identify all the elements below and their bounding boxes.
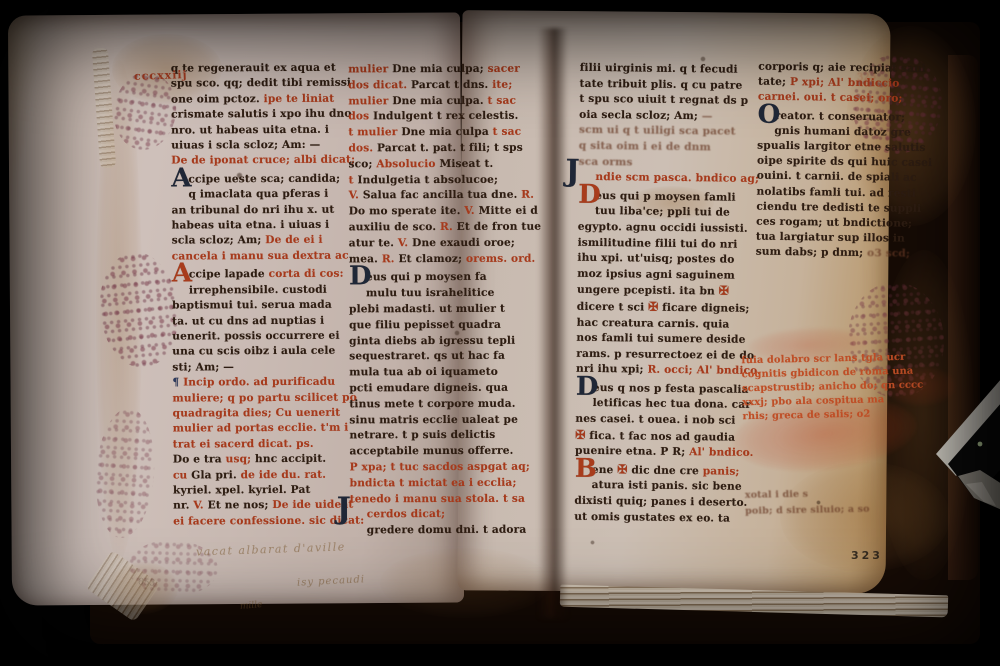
text-segment: trat ei sacerd dicat. ps. xyxy=(173,438,314,451)
text-segment: nos famli tui sumere deside xyxy=(576,332,745,346)
text-segment: ces rogam; ut bndictione; xyxy=(756,216,912,230)
text-segment: uiuas i scla scloz; Am: — xyxy=(171,139,320,152)
text-segment: Indulgent t rex celestis. xyxy=(373,110,518,123)
text-segment: muliere; q po partu scilicet po xyxy=(173,391,357,404)
text-segment: ei facere confessione. sic dicat: xyxy=(173,514,364,527)
illuminated-initial: D xyxy=(349,272,366,282)
text-line: tenedo i manu sua stola. t sa xyxy=(350,491,538,507)
text-segment: atura isti panis. sic bene xyxy=(592,479,742,493)
text-segment: P xpa; t tuc sacdos aspgat aq; xyxy=(350,461,530,474)
text-segment: nro. ut habeas uita etna. i xyxy=(171,123,329,136)
text-segment: R. xyxy=(382,253,399,265)
text-segment: Miseat t. xyxy=(439,158,493,170)
text-segment: o3 scd; xyxy=(867,248,910,261)
text-segment: dos xyxy=(348,111,373,123)
illuminated-initial: J xyxy=(337,505,351,515)
text-segment: irrephensibile. custodi xyxy=(189,283,327,296)
text-segment: Dne mia culpa. xyxy=(392,94,487,106)
text-segment: poib; d sire siluio; a so xyxy=(745,504,870,517)
text-segment: ginta diebs ab igressu tepli xyxy=(349,334,515,347)
text-segment: dixisti quiq; panes i deserto. xyxy=(574,495,747,509)
text-segment: cancela i manu sua dextra ac xyxy=(172,250,349,263)
text-segment: sco; xyxy=(349,158,377,170)
text-segment: cognitis gbidicon de roma una xyxy=(742,366,914,381)
text-segment: ismilitudine filii tui do nri xyxy=(578,236,738,250)
text-segment: Parcat t. pat. t fili; t sps xyxy=(377,142,523,155)
text-segment: Incip ordo. ad purificadu xyxy=(183,376,335,389)
text-line: t Indulgetia t absolucoe; xyxy=(349,172,537,188)
pen-trial-annotation: mille xyxy=(240,600,263,612)
corner-ghost-number: 853 xyxy=(138,577,156,589)
text-segment: corporis q; aie recipiat sani xyxy=(758,61,926,75)
text-segment: cu xyxy=(173,469,191,481)
text-line: Do mo sperate ite. V. Mitte ei d xyxy=(349,204,537,220)
benediction-cross-icon: ✠ xyxy=(719,284,729,298)
text-segment: sinu matris ecclie ualeat pe xyxy=(349,413,518,426)
text-segment: gredere domu dni. t adora xyxy=(367,524,527,537)
text-line: mea. R. Et clamoz; orems. ord. xyxy=(349,251,537,267)
text-segment: auxiliu de sco. xyxy=(349,221,440,233)
text-segment: gnis humani datoz gre xyxy=(774,125,911,139)
text-segment: Mitte ei d xyxy=(479,205,538,217)
text-segment: Al' bndico. xyxy=(689,446,754,459)
text-line: gredere domu dni. t adora xyxy=(350,523,538,539)
text-line: que filiu pepisset quadra xyxy=(349,317,537,333)
benediction-cross-icon: ✠ xyxy=(648,300,658,314)
text-segment: R. xyxy=(521,189,534,201)
text-segment: dos dicat. xyxy=(348,79,411,91)
text-segment: De de ei i xyxy=(265,234,322,246)
text-line: dos dicat. Parcat t dns. ite; xyxy=(348,77,536,93)
folio-number-faded: 323 xyxy=(857,72,877,84)
text-segment: spualis largitor etne salutis xyxy=(757,140,925,154)
illuminated-initial: D xyxy=(576,382,593,392)
text-line: mula tua ab oi iquameto xyxy=(349,365,537,381)
page-number-stamp: 323 xyxy=(851,549,883,562)
text-column-left-2: mulier Dne mia culpa; sacerdos dicat. Pa… xyxy=(348,62,538,540)
text-segment: pcti emudare digneis. qua xyxy=(349,382,508,395)
benediction-cross-icon: ✠ xyxy=(617,462,627,476)
text-segment: ungere pcepisti. ita bn xyxy=(577,284,719,298)
text-segment: eus qui p moysen fa xyxy=(366,271,487,283)
text-line: auxiliu de sco. R. Et de fron tue xyxy=(349,220,537,236)
text-segment: acceptabile munus offerre. xyxy=(350,445,514,458)
illuminated-initial: O xyxy=(758,109,775,119)
folio-number-roman: cccxxiij xyxy=(134,68,188,83)
text-segment: Dne mia culpa; xyxy=(392,63,487,75)
text-segment: rhis; greca de salis; o2 xyxy=(742,409,870,423)
text-segment: una cu scis oibz i aula cele xyxy=(172,345,335,358)
text-segment: uenerit. possis occurrere ei xyxy=(172,330,339,343)
text-line: mulier Dne mia culpa. t sac xyxy=(348,93,536,109)
text-line: netrare. t p suis delictis xyxy=(349,428,537,444)
text-segment: tinus mete t corpore muda. xyxy=(349,397,515,410)
text-line: sinu matris ecclie ualeat pe xyxy=(349,412,537,428)
text-segment: ut omis gustates ex eo. ta xyxy=(574,510,730,524)
illuminated-initial: J xyxy=(565,167,579,177)
text-segment: rams. p resurrectoez ei de do xyxy=(576,347,754,361)
text-line: t mulier Dne mia culpa t sac xyxy=(348,125,536,141)
text-segment: q sita oim i ei de dnm xyxy=(579,140,711,154)
text-segment: sacer xyxy=(488,63,520,75)
text-line: acceptabile munus offerre. xyxy=(350,444,538,460)
text-segment: plebi madasti. ut mulier t xyxy=(349,303,505,316)
text-segment: que filiu pepisset quadra xyxy=(349,319,501,332)
text-segment: crismate salutis i xpo ihu dno xyxy=(171,108,352,121)
text-segment: dicere t sci xyxy=(577,301,648,314)
illuminated-initial: A xyxy=(172,269,189,279)
text-segment: t spu sco uiuit t regnat ds p xyxy=(579,93,748,107)
text-segment: baptismui tui. serua mada xyxy=(172,299,332,312)
text-segment: V. xyxy=(398,237,412,249)
text-line: sco; Absolucio Miseat t. xyxy=(348,156,536,172)
text-segment: moz ipsius agni saguinem xyxy=(577,267,735,281)
text-segment: mula tua ab oi iquameto xyxy=(349,366,498,379)
text-segment: spu sco. qq; dedit tibi remissi xyxy=(171,77,351,90)
text-segment: V. xyxy=(193,500,203,512)
text-line: dos Indulgent t rex celestis. xyxy=(348,109,536,125)
text-segment: — xyxy=(702,110,713,122)
text-segment: eus qui p moysen famli xyxy=(595,190,736,204)
text-segment: tuu liba'ce; ppli tui de xyxy=(595,205,730,219)
text-line: pcti emudare digneis. qua xyxy=(349,381,537,397)
faded-red-lines: xotal i die spoib; d sire siluio; a so xyxy=(745,484,956,520)
text-segment: bndicta t mictat ea i ecclia; xyxy=(350,476,517,489)
text-line: dos. Parcat t. pat. t fili; t sps xyxy=(348,141,536,157)
text-segment: dos. xyxy=(348,142,377,154)
text-segment: nes casei. t ouea. i nob sci xyxy=(575,413,735,427)
text-segment: xxxj; pbo ala cospitua ma xyxy=(742,394,884,408)
text-segment: letificas hec tua dona. car xyxy=(593,397,751,411)
text-segment: q te regenerauit ex aqua et xyxy=(171,62,336,75)
text-segment: ndie scm pasca. bndico ag; xyxy=(595,171,759,185)
text-line: mulier Dne mia culpa; sacer xyxy=(348,62,536,78)
text-segment: Parcat t dns. xyxy=(411,79,492,91)
text-line: Deus qui p moysen famli xyxy=(578,186,782,207)
text-line: bndicta t mictat ea i ecclia; xyxy=(350,475,538,491)
text-segment: q imaclata qua pferas i xyxy=(188,188,328,201)
text-segment: Dne mia culpa xyxy=(401,126,492,138)
text-segment: P xpi; Al' bndiccio xyxy=(790,76,900,90)
text-segment: t mulier xyxy=(348,126,401,138)
text-line: Bene ✠ dic dne cre panis; xyxy=(575,460,779,481)
text-segment: t sac xyxy=(493,126,522,138)
text-segment: Do e tra xyxy=(173,453,226,465)
text-segment: eus q nos p festa pascalia xyxy=(593,382,749,396)
text-segment: hnc accipit. xyxy=(251,453,326,465)
text-segment: Salua fac ancilla tua dne. xyxy=(363,189,521,202)
text-segment: ouini. t carnii. de spiali ac xyxy=(757,170,917,184)
text-segment: cerdos dicat; xyxy=(367,508,445,520)
text-segment: R. xyxy=(440,221,457,233)
text-segment: egypto. agnu occidi iussisti. xyxy=(578,221,748,235)
text-line: ginta diebs ab igressu tepli xyxy=(349,333,537,349)
text-segment: sum dabs; p dnm; xyxy=(756,246,868,260)
text-segment: tenedo i manu sua stola. t sa xyxy=(350,492,525,505)
text-segment: Et ne nos; xyxy=(204,499,273,511)
text-line: Jcerdos dicat; xyxy=(350,507,538,523)
text-column-right-1: filii uirginis mi. q t fecuditate tribui… xyxy=(574,61,784,528)
text-segment: ite; xyxy=(492,79,512,91)
text-segment: Indulgetia t absolucoe; xyxy=(357,173,498,185)
text-segment: de ide du. rat. xyxy=(241,468,327,480)
text-segment: sequestraret. qs ut hac fa xyxy=(349,350,505,363)
text-line: V. Salua fac ancilla tua dne. R. xyxy=(349,188,537,204)
illuminated-initial: A xyxy=(171,173,188,183)
illuminated-initial: D xyxy=(578,190,595,200)
text-segment: t xyxy=(349,174,358,186)
text-segment: reator. t conseruator; xyxy=(775,109,906,123)
text-segment: oia secla scloz; Am; xyxy=(579,109,702,122)
text-line: P xpa; t tuc sacdos aspgat aq; xyxy=(350,460,538,476)
text-line: sum dabs; p dnm; o3 scd; xyxy=(756,245,958,263)
text-segment: mulu tuu israhelitice xyxy=(366,287,495,299)
text-segment: Dne exaudi oroe; xyxy=(412,237,515,249)
text-segment: sti; Am; — xyxy=(172,361,234,373)
text-segment: ccipe ueste sca; candida; xyxy=(188,173,340,186)
text-segment: orems. ord. xyxy=(466,252,535,264)
text-segment: quadragita dies; Cu uenerit xyxy=(173,407,341,420)
text-segment: De de iponat cruce; albi dicat; xyxy=(171,154,355,167)
text-line: tinus mete t corpore muda. xyxy=(349,396,537,412)
text-segment: ficare digneis; xyxy=(658,302,749,315)
text-segment: habeas uita etna. i uiuas i xyxy=(172,219,330,232)
text-segment: fuia dolabro scr lans tgla ucr xyxy=(741,352,905,366)
text-segment: nr. xyxy=(173,500,193,512)
text-segment: ihu xpi. ut'uisq; postes do xyxy=(577,252,734,266)
text-segment: panis; xyxy=(703,465,740,477)
text-segment: sca orms xyxy=(579,155,633,168)
text-line: mulu tuu israhelitice xyxy=(349,286,537,302)
text-segment: xotal i die s xyxy=(745,489,808,501)
text-segment: Et clamoz; xyxy=(398,252,466,264)
text-segment: hac creatura carnis. quia xyxy=(577,316,730,330)
manuscript-photo: q te regenerauit ex aqua etspu sco. qq; … xyxy=(0,0,1000,666)
text-segment: scm ui q t uiligi sca pacet xyxy=(579,124,736,138)
text-segment: V. xyxy=(464,205,478,217)
text-segment: mulier xyxy=(348,95,392,107)
text-line: atur te. V. Dne exaudi oroe; xyxy=(349,235,537,251)
text-segment: ipe te liniat xyxy=(264,93,335,105)
text-segment: filii uirginis mi. q t fecudi xyxy=(580,62,738,76)
text-segment: Absolucio xyxy=(376,158,439,170)
text-segment: tate tribuit plis. q cu patre xyxy=(579,77,742,91)
text-segment: dic dne cre xyxy=(627,464,702,477)
text-column-right-2: corporis q; aie recipiat sanitate; P xpi… xyxy=(756,60,961,263)
book-gutter-shadow xyxy=(538,28,568,618)
text-segment: mulier xyxy=(348,63,392,75)
illuminated-initial: B xyxy=(575,464,592,474)
text-segment: netrare. t p suis delictis xyxy=(349,429,495,442)
text-segment: nolatibs famli tui. ad resti xyxy=(756,185,916,199)
text-segment: usq; xyxy=(226,453,252,465)
benediction-cross-icon: ✠ xyxy=(575,427,585,441)
text-segment: ta. ut cu dns ad nuptias i xyxy=(172,314,324,327)
text-segment: ccipe lapade xyxy=(189,268,269,280)
text-line: sequestraret. qs ut hac fa xyxy=(349,349,537,365)
text-line: plebi madasti. ut mulier t xyxy=(349,302,537,318)
text-segment: tua largiatur sup illos in xyxy=(756,231,905,245)
text-segment: Et de fron tue xyxy=(457,221,542,233)
text-segment: ¶ xyxy=(172,377,183,389)
marginal-addition-red: fuia dolabro scr lans tgla ucrcognitis g… xyxy=(741,350,957,424)
text-segment: ciendu tre dedisti te suppli xyxy=(756,200,921,214)
text-segment: fica. t fac nos ad gaudia xyxy=(585,430,735,444)
text-segment: atur te. xyxy=(349,237,398,249)
text-segment: mulier ad portas ecclie. t'm i xyxy=(173,422,349,435)
text-segment: corta di cos: xyxy=(269,268,344,280)
text-segment: Do mo sperate ite. xyxy=(349,205,465,217)
text-line: Deus qui p moysen fa xyxy=(349,267,537,286)
text-segment: tate; xyxy=(758,76,790,88)
text-segment: one oim pctoz. xyxy=(171,93,264,105)
text-segment: an tribunal do nri ihu x. ut xyxy=(172,203,335,216)
text-segment: scla scloz; Am; xyxy=(172,235,266,247)
text-segment: V. xyxy=(349,190,363,202)
text-segment: oipe spirite ds qui huic casei xyxy=(757,155,932,169)
text-segment: t sac xyxy=(487,94,516,106)
text-segment: Gla pri. xyxy=(191,469,240,481)
text-segment: kyriel. xpel. kyriel. Pat xyxy=(173,484,311,497)
